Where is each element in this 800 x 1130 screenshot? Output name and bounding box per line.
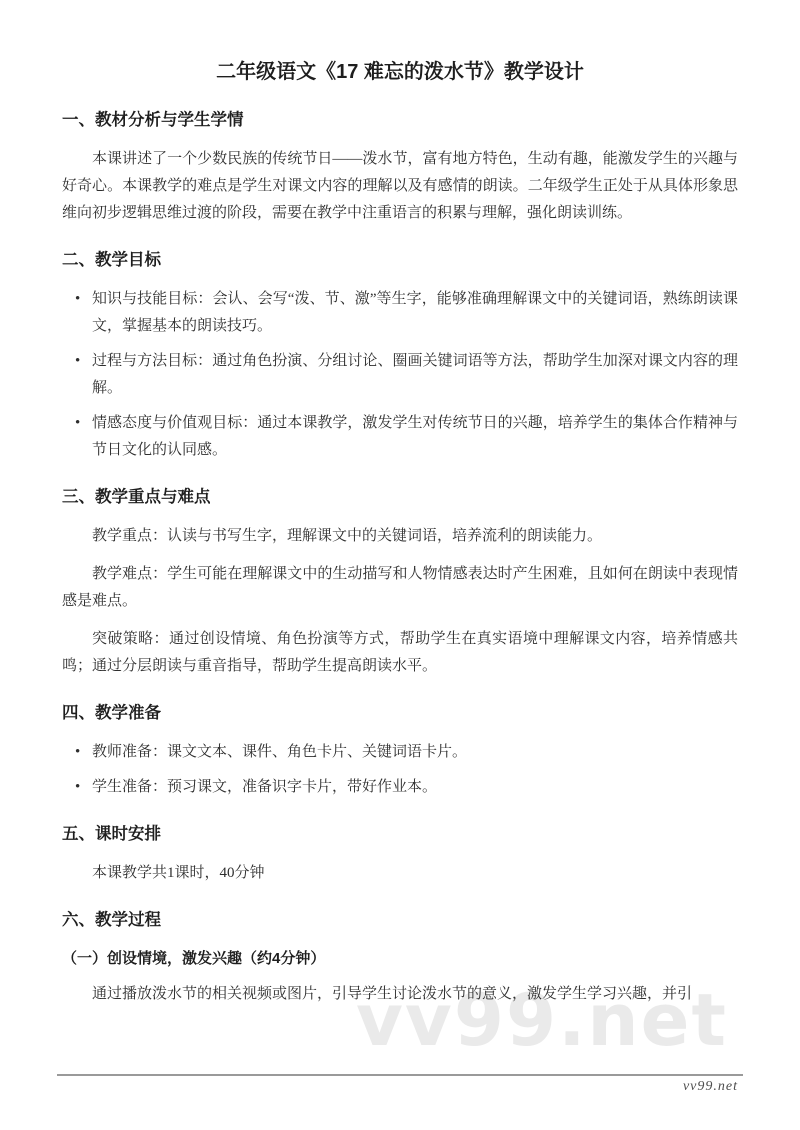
footer-divider [57,1074,743,1076]
bullet-icon: • [75,286,80,313]
paragraph: 教学重点：认读与书写生字，理解课文中的关键词语，培养流利的朗读能力。 [62,523,738,550]
section-heading: 六、教学过程 [62,909,738,932]
paragraph: 教学难点：学生可能在理解课文中的生动描写和人物情感表达时产生困难，且如何在朗读中… [62,561,738,615]
goal-list: • 知识与技能目标：会认、会写“泼、节、激”等生字，能够准确理解课文中的关键词语… [62,286,738,464]
footer-site-label: vv99.net [683,1079,738,1095]
bullet-icon: • [75,774,80,801]
section-heading: 一、教材分析与学生学情 [62,109,738,132]
page-title: 二年级语文《17 难忘的泼水节》教学设计 [62,57,738,87]
paragraph: 通过播放泼水节的相关视频或图片，引导学生讨论泼水节的意义，激发学生学习兴趣，并引 [62,981,738,1008]
list-item: • 学生准备：预习课文，准备识字卡片，带好作业本。 [75,774,738,801]
section-heading: 二、教学目标 [62,249,738,272]
list-item-text: 过程与方法目标：通过角色扮演、分组讨论、圈画关键词语等方法，帮助学生加深对课文内… [92,353,738,396]
list-item-text: 教师准备：课文文本、课件、角色卡片、关键词语卡片。 [92,744,467,760]
bullet-icon: • [75,348,80,375]
section-teaching-goals: 二、教学目标 • 知识与技能目标：会认、会写“泼、节、激”等生字，能够准确理解课… [62,249,738,464]
document-content: 二年级语文《17 难忘的泼水节》教学设计 一、教材分析与学生学情 本课讲述了一个… [0,57,800,1008]
list-item: • 过程与方法目标：通过角色扮演、分组讨论、圈画关键词语等方法，帮助学生加深对课… [75,348,738,402]
section-heading: 三、教学重点与难点 [62,486,738,509]
bullet-icon: • [75,739,80,766]
section-material-analysis: 一、教材分析与学生学情 本课讲述了一个少数民族的传统节日——泼水节，富有地方特色… [62,109,738,227]
list-item: • 教师准备：课文文本、课件、角色卡片、关键词语卡片。 [75,739,738,766]
section-class-schedule: 五、课时安排 本课教学共1课时，40分钟 [62,823,738,887]
paragraph: 突破策略：通过创设情境、角色扮演等方式，帮助学生在真实语境中理解课文内容，培养情… [62,626,738,680]
list-item-text: 情感态度与价值观目标：通过本课教学，激发学生对传统节日的兴趣，培养学生的集体合作… [92,415,738,458]
section-preparation: 四、教学准备 • 教师准备：课文文本、课件、角色卡片、关键词语卡片。 • 学生准… [62,702,738,801]
list-item: • 知识与技能目标：会认、会写“泼、节、激”等生字，能够准确理解课文中的关键词语… [75,286,738,340]
section-teaching-process: 六、教学过程 （一）创设情境，激发兴趣（约4分钟） 通过播放泼水节的相关视频或图… [62,909,738,1008]
section-heading: 五、课时安排 [62,823,738,846]
list-item: • 情感态度与价值观目标：通过本课教学，激发学生对传统节日的兴趣，培养学生的集体… [75,410,738,464]
section-key-points: 三、教学重点与难点 教学重点：认读与书写生字，理解课文中的关键词语，培养流利的朗… [62,486,738,680]
bullet-icon: • [75,410,80,437]
list-item-text: 学生准备：预习课文，准备识字卡片，带好作业本。 [92,779,437,795]
paragraph: 本课教学共1课时，40分钟 [62,860,738,887]
section-heading: 四、教学准备 [62,702,738,725]
paragraph: 本课讲述了一个少数民族的传统节日——泼水节，富有地方特色，生动有趣，能激发学生的… [62,146,738,227]
list-item-text: 知识与技能目标：会认、会写“泼、节、激”等生字，能够准确理解课文中的关键词语，熟… [92,291,738,334]
subsection-heading: （一）创设情境，激发兴趣（约4分钟） [62,948,738,970]
document-page: vv99.net 二年级语文《17 难忘的泼水节》教学设计 一、教材分析与学生学… [0,0,800,1130]
preparation-list: • 教师准备：课文文本、课件、角色卡片、关键词语卡片。 • 学生准备：预习课文，… [62,739,738,801]
